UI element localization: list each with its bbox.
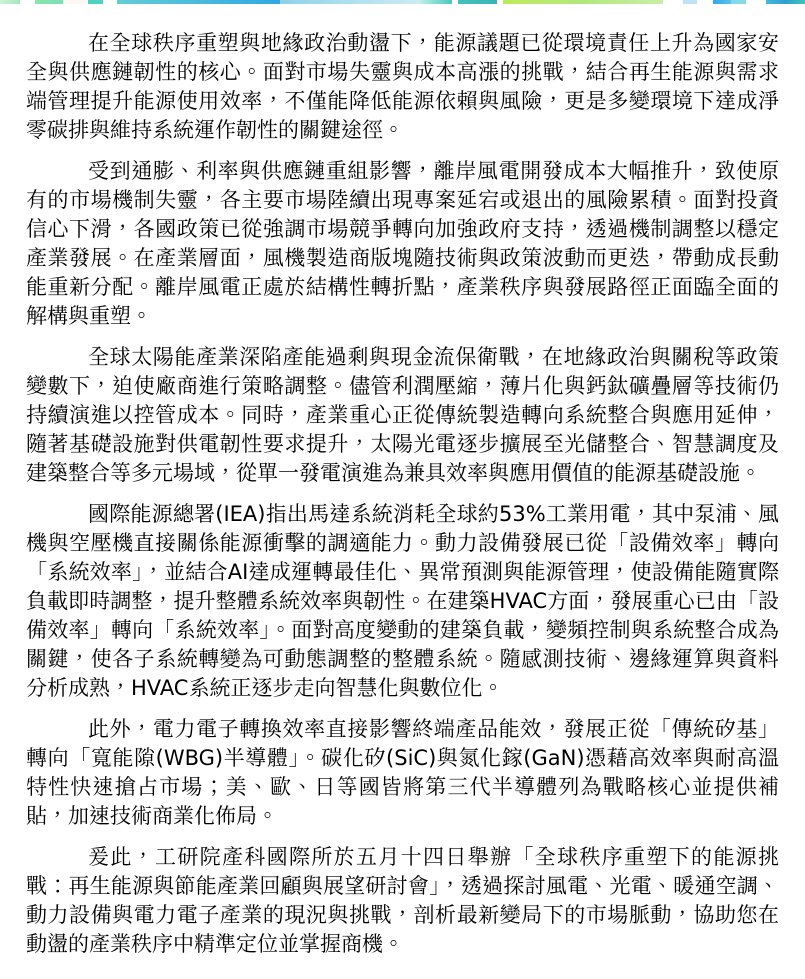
banner-strip-segment: [503, 0, 663, 4]
banner-strip-segment: [63, 0, 88, 4]
banner-strip-segment: [766, 0, 805, 4]
banner-strip-segment: [280, 0, 420, 4]
banner-strip-segment: [683, 0, 697, 4]
banner-strip-segment: [731, 0, 746, 4]
banner-strip-segment: [0, 0, 20, 4]
banner-strip-segment: [88, 0, 103, 4]
paragraph-solar-industry: 全球太陽能產業深陷產能過剩與現金流保衛戰，在地緣政治與關稅等政策變數下，迫使廠商…: [26, 343, 779, 488]
paragraph-seminar-invitation: 爰此，工研院產科國際所於五月十四日舉辦「全球秩序重塑下的能源挑戰：再生能源與節能…: [26, 843, 779, 959]
banner-strip-segment: [117, 0, 280, 4]
banner-strip-image: [0, 0, 805, 4]
paragraph-motor-hvac-efficiency: 國際能源總署(IEA)指出馬達系統消耗全球約53%工業用電，其中泵浦、風機與空壓…: [26, 500, 779, 703]
banner-strip-segment: [458, 0, 497, 4]
banner-strip-segment: [35, 0, 63, 4]
paragraph-power-electronics-wbg: 此外，電力電子轉換效率直接影響終端產品能效，發展正從「傳統矽基」轉向「寬能隙(W…: [26, 715, 779, 831]
banner-strip-segment: [713, 0, 731, 4]
banner-strip-segment: [420, 0, 452, 4]
document-page: 在全球秩序重塑與地緣政治動盪下，能源議題已從環境責任上升為國家安全與供應鏈韌性的…: [0, 4, 805, 959]
paragraph-intro-energy-security: 在全球秩序重塑與地緣政治動盪下，能源議題已從環境責任上升為國家安全與供應鏈韌性的…: [26, 29, 779, 145]
paragraph-offshore-wind: 受到通膨、利率與供應鏈重組影響，離岸風電開發成本大幅推升，致使原有的市場機制失靈…: [26, 157, 779, 331]
